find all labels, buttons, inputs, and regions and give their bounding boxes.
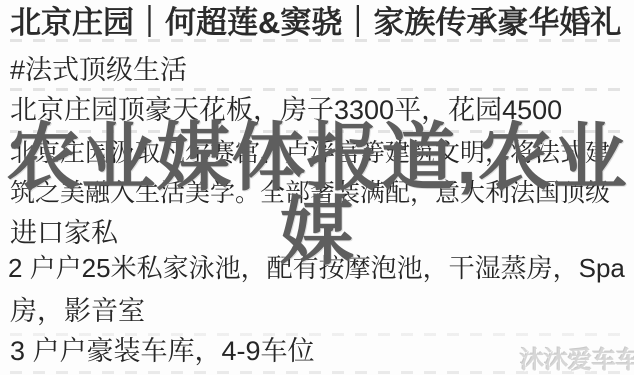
jpeg-artifact-line: [10, 88, 624, 91]
body-line-1: 北京庄园顶豪天花板，房子3300平，花园4500: [10, 95, 562, 126]
hashtag-text: #法式顶级生活: [10, 55, 187, 86]
post-title: 北京庄园｜何超莲&窦骁｜家族传承豪华婚礼: [10, 5, 621, 41]
corner-watermark: 沐沐爱车车: [520, 340, 634, 375]
body-line-3: 筑之美融入生活美学。全部奢装满配，意大利法国顶级: [10, 179, 610, 208]
post-image: 北京庄园｜何超莲&窦骁｜家族传承豪华婚礼 #法式顶级生活 北京庄园顶豪天花板，房…: [0, 0, 634, 375]
body-line-4: 进口家私: [10, 218, 118, 249]
body-line-6: 房，影音室: [10, 296, 145, 327]
jpeg-artifact-line: [10, 130, 624, 133]
body-line-5: 2 户户25米私家泳池，配有按摩泡池，干湿蒸房，Spa: [8, 254, 625, 284]
jpeg-artifact-line: [10, 39, 624, 42]
body-line-7: 3 户户豪装车库，4-9车位: [10, 336, 315, 367]
body-line-2: 北京庄园汲取凡尔赛宫、卢浮宫等建筑文明，将法式建: [10, 139, 610, 168]
